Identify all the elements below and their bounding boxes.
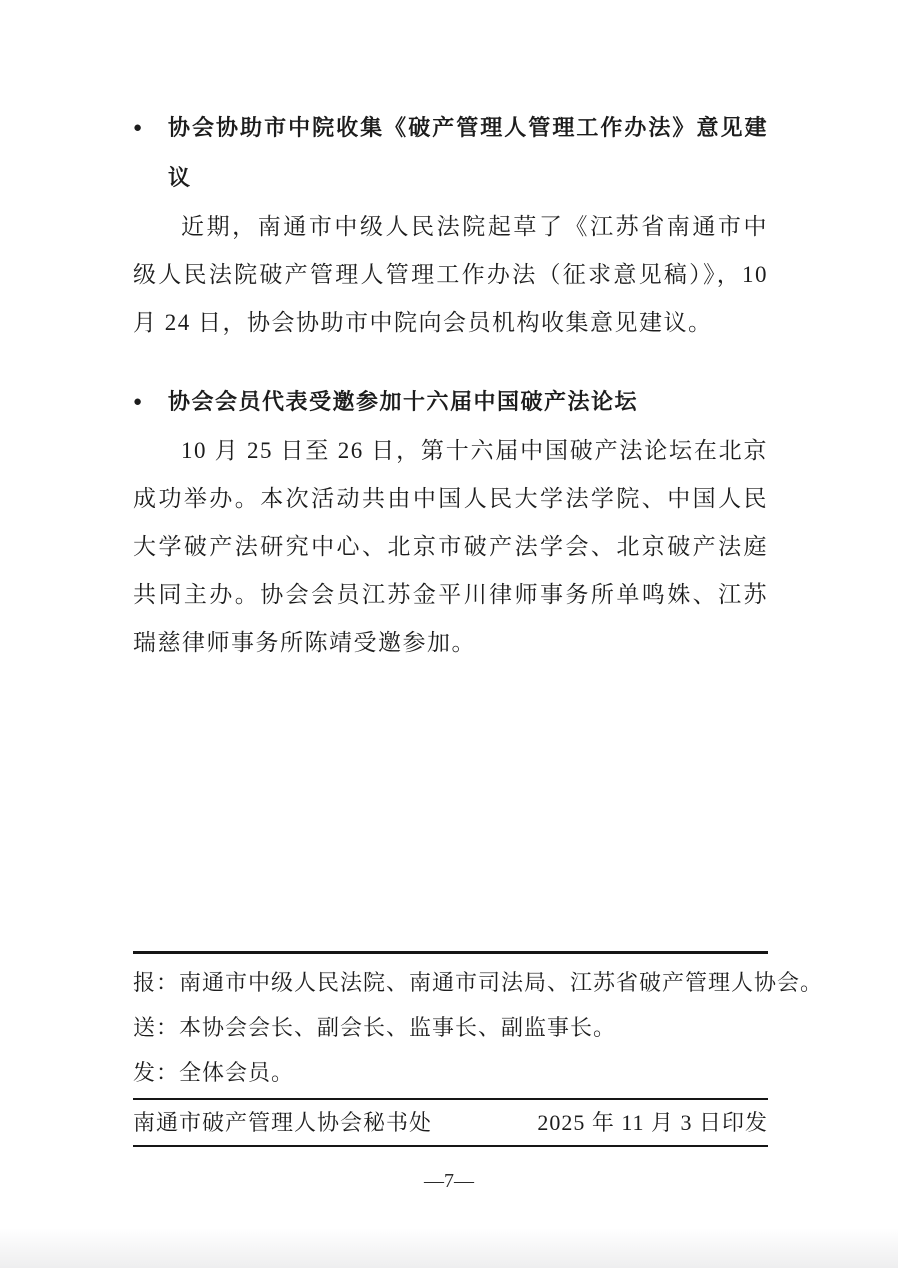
distribution-rows: 报：南通市中级人民法院、南通市司法局、江苏省破产管理人协会。 送：本协会会长、副… (133, 954, 768, 1098)
report-line: 报：南通市中级人民法院、南通市司法局、江苏省破产管理人协会。 (133, 960, 768, 1005)
news-item-1-title: 协会协助市中院收集《破产管理人管理工作办法》意见建议 (168, 115, 768, 190)
divider-bottom (133, 1145, 768, 1147)
document-content: ● 协会协助市中院收集《破产管理人管理工作办法》意见建议 近期，南通市中级人民法… (133, 103, 768, 667)
news-item-2-heading: ● 协会会员代表受邀参加十六届中国破产法论坛 (133, 377, 768, 427)
scan-shadow (0, 1228, 898, 1268)
news-item-1-heading: ● 协会协助市中院收集《破产管理人管理工作办法》意见建议 (133, 103, 768, 203)
page-number: —7— (0, 1170, 898, 1193)
bullet-icon: ● (133, 377, 157, 427)
news-item-2-body: 10 月 25 日至 26 日，第十六届中国破产法论坛在北京成功举办。本次活动共… (133, 427, 768, 667)
document-page: ● 协会协助市中院收集《破产管理人管理工作办法》意见建议 近期，南通市中级人民法… (0, 0, 898, 1268)
print-date: 2025 年 11 月 3 日印发 (537, 1100, 768, 1145)
news-item-2: ● 协会会员代表受邀参加十六届中国破产法论坛 10 月 25 日至 26 日，第… (133, 377, 768, 667)
news-item-1: ● 协会协助市中院收集《破产管理人管理工作办法》意见建议 近期，南通市中级人民法… (133, 103, 768, 347)
bullet-icon: ● (133, 103, 157, 153)
send-line: 送：本协会会长、副会长、监事长、副监事长。 (133, 1005, 768, 1050)
imprint-row: 南通市破产管理人协会秘书处 2025 年 11 月 3 日印发 (133, 1100, 768, 1145)
distribution-footer: 报：南通市中级人民法院、南通市司法局、江苏省破产管理人协会。 送：本协会会长、副… (133, 951, 768, 1147)
news-item-1-body: 近期，南通市中级人民法院起草了《江苏省南通市中级人民法院破产管理人管理工作办法（… (133, 203, 768, 347)
news-item-2-title: 协会会员代表受邀参加十六届中国破产法论坛 (168, 389, 638, 414)
issue-line: 发：全体会员。 (133, 1050, 768, 1095)
issuer-name: 南通市破产管理人协会秘书处 (133, 1100, 432, 1145)
